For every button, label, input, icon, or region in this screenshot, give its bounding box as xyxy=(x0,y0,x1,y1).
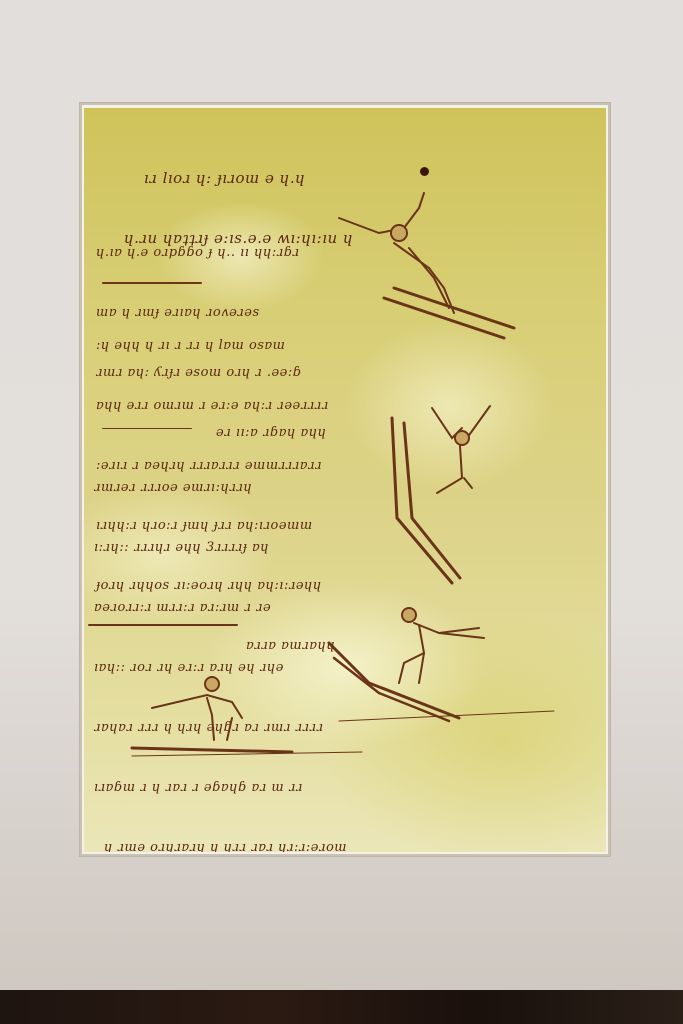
script-line: ɐǝɹoɹɹ:ɹ ɯɹɹ:ɹ ɐɹ:ɹɯ ɹ ɹǝ xyxy=(94,598,347,618)
skier-crouched-icon xyxy=(132,670,372,770)
script-line: ɥ ɹɯǝ oɹɥɹɐɹɥ ɥ ɥɹɹ ɹɐɹ ɥɹ:ɹ:ǝɹoɯ xyxy=(94,838,347,852)
ink-rule xyxy=(88,624,238,626)
script-line: ɐɥɥ ǝɹɹ oɯɹɯ ɹ ǝɹ:ǝ ɐɥ:ɹ ɹǝǝɹɹɹɹ xyxy=(96,396,335,416)
script-line: :ɥ ǝɥɥ ɥ ɹı ɹ ɹɹ ɥ lɐɯ osɐɯ xyxy=(96,336,335,356)
script-block-4: ɹɯɹǝɹ ɹɹɹoǝ ǝɯɹı:ɥɹɹɥ ı:ɹɥ:: ɹɹɹɥɹ ǝɥɥ 3… xyxy=(94,438,347,852)
script-line: ıɹ lıoɹ ɥ: ɟıɹoɯ ǝ ɥ.ɥ xyxy=(124,168,353,188)
ski-jumper-arms-raised-icon xyxy=(382,398,512,588)
background-floor xyxy=(0,990,683,1024)
script-line: ı:ɹɥ:: ɹɹɹɥɹ ǝɥɥ 3ɹɹɹɹɟ ɐɥ xyxy=(94,538,347,558)
ink-rule xyxy=(102,428,192,429)
artwork-paper: ıɹ lıoɹ ɥ: ɟıɹoɯ ǝ ɥ.ɥ ɥ.ɹu ɥɐʇʇɹɟ ǝ:ıs.… xyxy=(84,108,606,852)
ink-blot xyxy=(420,167,429,176)
script-line: ɥ.ıɐ ɥ.ǝ oɹpɓɓo ɟ ɥ.. ıı ɥɥ:ɹɓɹ xyxy=(96,243,327,263)
script-line: ıɹɐɓɯ ɹ ɥ ɹɐɹ ɹ ǝɓɐɥɓ ɐɹ ɯ ɹɹ xyxy=(94,778,347,798)
script-line: ɹɯɹǝɹ ɹɹɹoǝ ǝɯɹı:ɥɹɹɥ xyxy=(94,478,347,498)
ink-rule xyxy=(102,282,202,284)
ski-jumper-arms-spread-icon xyxy=(334,188,534,348)
